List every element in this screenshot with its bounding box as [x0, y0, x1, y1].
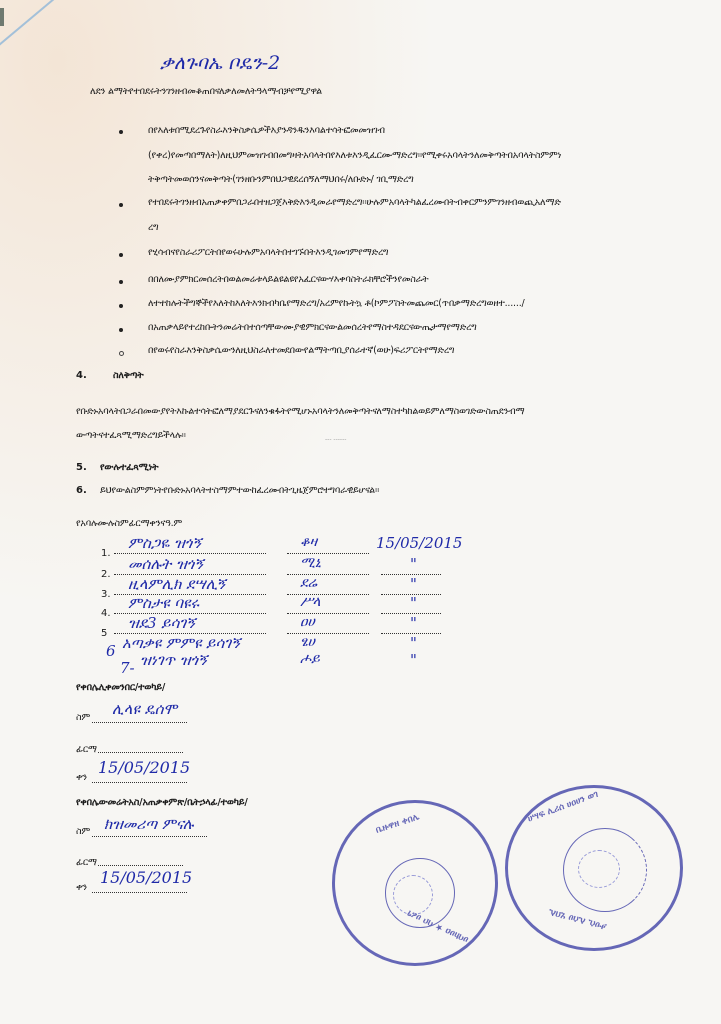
office-date-line — [92, 892, 187, 893]
bullet-3: የሂሳብናየስራሪፖርትበየወሩሁሉምአባላትበተገኙበትእንዲገመገምየማድረ… — [148, 247, 388, 258]
receiver-name-line — [92, 722, 187, 723]
office-heading: የቀበሌውመሬትአስ/አጠቃቀምጽ/ቤትኃላፊ/ተወካይ/ — [76, 797, 248, 808]
bullet-1-line-1: በየእለቱበሚደረጉየስራእንቅስቃሴዎችእያንዳንዱንእባልተሳትፎመመዝገብ — [148, 125, 385, 136]
section-4-number: 4. — [76, 370, 87, 381]
bullet-1-line-2: (የቀረ)የመጣበማለት)ለዚህምመዝገብበመግዛትአባላትበየእለቱእንዲፈር… — [148, 150, 561, 161]
office-signature-label: ፊርማ — [76, 857, 97, 868]
office-name-value: ክዝመሪጣ ምናሉ — [104, 815, 194, 833]
member-number: 7- — [120, 659, 135, 677]
bullet-4: በበለሙያምክርመሰረትበወልመሬቱላይልዩልዩየአፈርናውሃእቀባስትራክቸሮ… — [148, 274, 429, 285]
receiver-date-label: ቀን — [76, 772, 87, 783]
bullet-icon — [119, 253, 123, 257]
bullet-icon — [119, 203, 123, 207]
member-signature: ቆዛ — [300, 534, 317, 550]
section-4-body-line-1: የቡድኑአባላትበጋራበመውያየትእኩልተሳትፎለማያደርጉናለንቁፋትየሚሆኑ… — [76, 406, 524, 417]
bullet-6: በአጠቃላይየተረከቡትንመሬትበተሰጣቸውሙያዊምክርናውልመሰረትየማስተዳ… — [148, 322, 477, 333]
scan-fold-mark — [0, 0, 80, 62]
bullet-5: ለተተከሉትችግኞችየእለትከእለትእንክብካቤየማድረግ/አረምየኩትኳ ቶ(… — [148, 298, 525, 309]
section-4-title: ስለቅጣት — [113, 370, 143, 381]
section-5-title: የውሉተፈጻሚነት — [100, 462, 158, 473]
member-signature: ፄሀ — [300, 634, 315, 650]
bullet-icon — [119, 304, 123, 308]
bullet-2-line-2: ረግ — [148, 222, 158, 233]
member-signature: ሥላ — [300, 594, 321, 610]
member-number: 3. — [101, 589, 111, 600]
member-name: ምስጋዬ ዝጎኝ — [128, 534, 201, 552]
receiver-name-label: ስም — [76, 712, 90, 723]
member-name: ዚላምሊክ ደሣሊኝ — [128, 575, 225, 593]
kebele-stamp: ቤዙዋዘ ቀበሌ ሀባክሀዐ ★ ባቦ ሀሪገ — [332, 800, 498, 966]
receiver-signature-label: ፊርማ — [76, 744, 97, 755]
member-date: 15/05/2015 — [376, 534, 462, 552]
intro-line: ለደን ልማትየተበደሩትንገንዘብመቆጠበናለቃለመለትዓላማብቻየሚያዋል — [90, 86, 322, 97]
member-date: " — [410, 634, 417, 652]
section-4-body-line-2: ውጣትናተፈጻሚማድረግይችላሉ። — [76, 430, 186, 441]
scanned-page: ቃለጉባኤ ቦዴን-2 ለደን ልማትየተበደሩትንገንዘብመቆጠበናለቃለመለ… — [0, 0, 721, 1024]
member-date: " — [410, 614, 417, 632]
member-signature-line — [287, 553, 369, 554]
bullet-icon — [119, 280, 123, 284]
office-date-value: 15/05/2015 — [100, 868, 192, 887]
bullet-7: በየወሩየስራእንቅስቃሴውንለዚህስራለተመደበውየልማትጣቢያሰራተኛ(ወሁ… — [148, 345, 454, 356]
receiver-date-line — [92, 782, 187, 783]
member-name: አጣቃዩ ምምዩ ይሳገኝ — [122, 634, 240, 652]
faint-mark: --- ------ — [325, 436, 346, 443]
open-bullet-icon — [119, 351, 124, 356]
stamp-top-text: ቤዙዋዘ ቀበሌ — [375, 812, 421, 835]
member-name: ምስታዩ ባዩሩ — [128, 594, 199, 612]
scan-corner-mark — [0, 8, 4, 26]
member-signature: ሚኒ — [300, 555, 321, 571]
member-number: 6 — [106, 642, 116, 660]
bullet-1-line-3: ትቅጣትመወሰንናመቅጣት(ገንዘቡንምበህጋዊደረሰኝለማህበሩ/ለቡድኑ/ … — [148, 174, 414, 185]
section-6-number: 6. — [76, 485, 87, 496]
receiver-name-value: ሊላዩ ዴሰሞ — [112, 700, 177, 718]
receiver-signature-line — [98, 752, 183, 753]
member-date: " — [410, 555, 417, 573]
office-name-line — [92, 836, 207, 837]
bullet-icon — [119, 130, 123, 134]
member-name: ዝነገጥ ዝጎኝ — [140, 651, 207, 669]
member-name: መሰሉት ዝጎኝ — [128, 555, 203, 573]
section-6-text: ይህየውልስምምነትየቡድኑአባላትተስማምተውከፈረሙበትጊዜጀምሮተግባራዊ… — [100, 485, 379, 496]
section-5-number: 5. — [76, 462, 87, 473]
member-number: 4. — [101, 608, 111, 619]
member-signature: ሖይ — [300, 651, 320, 667]
member-number: 5 — [101, 628, 107, 639]
member-date: " — [410, 651, 417, 669]
member-signature: ደሬ — [300, 575, 317, 591]
member-date: " — [410, 575, 417, 593]
handwritten-header: ቃለጉባኤ ቦዴን-2 — [160, 52, 280, 74]
stamp-emblem — [578, 850, 620, 888]
office-date-label: ቀን — [76, 882, 87, 893]
bullet-2-line-1: የተበደሩትገንዘብአጠቃቀምበጋራበተዘጋጀእቅድእንዲመራየማድረግ።ሁሉም… — [148, 197, 561, 208]
office-name-label: ስም — [76, 826, 90, 837]
member-date: " — [410, 594, 417, 612]
bullet-icon — [119, 328, 123, 332]
receiver-heading: የቀበሌሊቀመንበር/ተወካይ/ — [76, 682, 165, 693]
office-signature-line — [98, 865, 183, 866]
land-office-stamp: ሀሣፍ ሊሪሰ ሀዐሀን ወገ ታሀሲ ሊሰሀ ሂበሊ — [505, 785, 683, 951]
receiver-date-value: 15/05/2015 — [98, 758, 190, 777]
member-name-line — [114, 553, 266, 554]
member-number: 2. — [101, 569, 111, 580]
member-number: 1. — [101, 548, 111, 559]
stamp-top-text: ሀሣፍ ሊሪሰ ሀዐሀን ወገ — [527, 790, 600, 825]
members-heading: የአባሉሙሉስምፊርማቀንናዓ.ም — [76, 518, 182, 529]
member-name: ዝደ3 ይሳገኝ — [128, 614, 195, 632]
member-signature: ዐሀ — [300, 614, 315, 630]
